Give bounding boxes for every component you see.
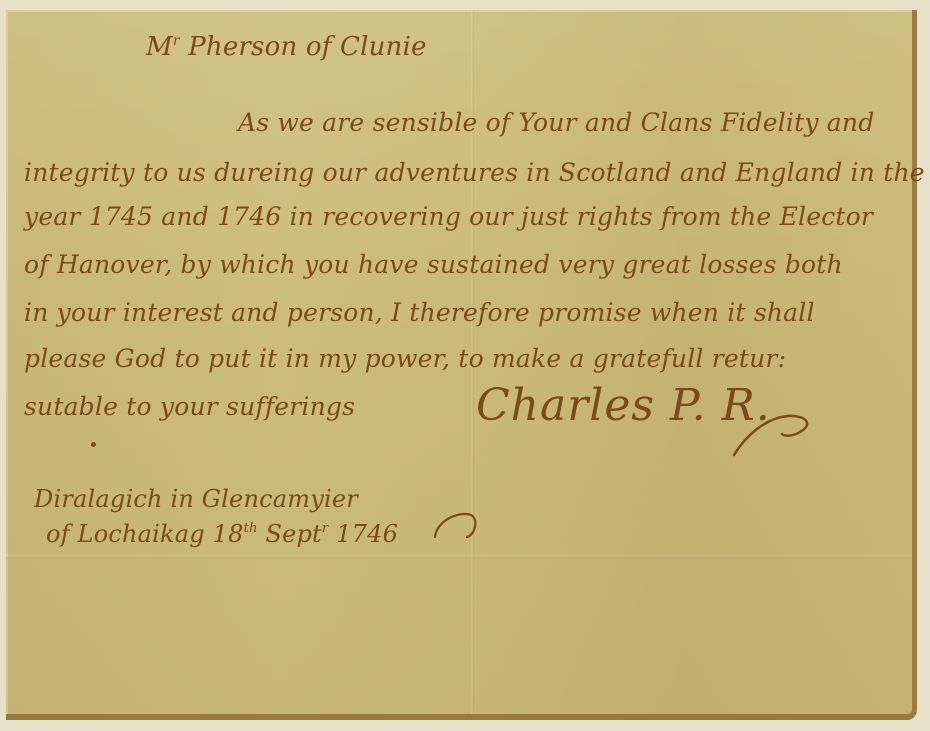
salutation: Mr Pherson of Clunie [146,32,427,62]
body-line-3: year 1745 and 1746 in recovering our jus… [24,202,873,231]
dateline-day-suffix: th [244,521,258,536]
letter-paper: Mr Pherson of Clunie As we are sensible … [6,10,917,720]
horizontal-fold-line [6,555,912,559]
salutation-text: Pherson of Clunie [180,32,427,62]
date-flourish-icon [431,507,481,547]
body-line-4: of Hanover, by which you have sustained … [24,250,843,279]
dateline-month: Sept [258,520,322,548]
body-line-2: integrity to us dureing our adventures i… [24,158,925,187]
salutation-prefix: M [146,32,173,62]
body-line-6: please God to put it in my power, to mak… [24,344,786,373]
body-line-5: in your interest and person, I therefore… [24,298,815,327]
dateline-place: Diralagich in Glencamyier [34,485,358,513]
salutation-prefix-superscript: r [173,33,180,49]
body-line-1: As we are sensible of Your and Clans Fid… [238,108,874,137]
signature-flourish-icon [726,410,826,460]
dateline-date: of Lochaikag 18th Septr 1746 [46,520,398,548]
body-line-7: sutable to your sufferings [24,392,355,421]
dateline-place2: of Lochaikag 18 [46,520,244,548]
dateline-year: 1746 [328,520,398,548]
ink-dot [91,442,96,447]
